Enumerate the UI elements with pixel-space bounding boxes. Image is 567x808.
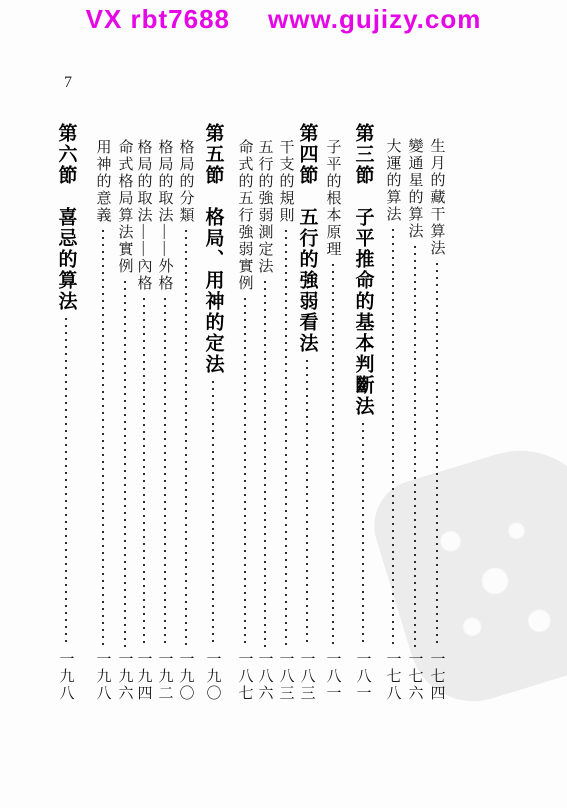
dotted-leader: [306, 360, 308, 647]
toc-sub-entry: 命式的五行強弱實例一八七: [228, 139, 262, 702]
entry-page-number: 一八七: [235, 651, 256, 702]
dotted-leader: [436, 263, 438, 647]
toc-sub-entry: 用神的意義一九八: [86, 139, 120, 702]
dotted-leader: [332, 264, 334, 647]
entry-page-number: 一八一: [323, 651, 344, 702]
dotted-leader: [102, 230, 104, 647]
toc-section-entry: 第三節 子平推命的基本判斷法一八一: [346, 123, 380, 702]
entry-title: 第五節 格局、用神的定法: [200, 123, 227, 375]
entry-title: 大運的算法: [383, 138, 404, 223]
dotted-leader: [124, 281, 126, 647]
entry-title: 第三節 子平推命的基本判斷法: [350, 123, 377, 417]
dotted-leader: [164, 298, 166, 647]
dotted-leader: [212, 381, 214, 647]
entry-title: 第六節 喜忌的算法: [53, 123, 80, 312]
dotted-leader: [362, 423, 364, 647]
toc-sub-entry: 大運的算法一七八: [376, 138, 410, 702]
dotted-leader: [185, 230, 187, 647]
dotted-leader: [285, 230, 287, 647]
entry-page-number: 一九八: [93, 651, 114, 702]
dotted-leader: [244, 298, 246, 647]
entry-page-number: 一八一: [353, 651, 374, 702]
entry-page-number: 一九〇: [203, 651, 224, 702]
entry-title: 用神的意義: [93, 139, 114, 224]
entry-page-number: 一九八: [56, 651, 77, 702]
entry-title: 子平的根本原理: [323, 139, 344, 258]
entry-title: 命式的五行強弱實例: [235, 139, 256, 292]
dotted-leader: [143, 298, 145, 647]
toc-section-entry: 第六節 喜忌的算法一九八: [49, 123, 83, 702]
scanned-book-page: VX rbt7688www.gujizy.com 7 生月的藏干算法一七四變通星…: [0, 0, 567, 808]
dotted-leader: [65, 318, 67, 647]
dotted-leader: [264, 281, 266, 647]
dotted-leader: [392, 229, 394, 647]
entry-page-number: 一七八: [383, 651, 404, 702]
dotted-leader: [414, 246, 416, 647]
